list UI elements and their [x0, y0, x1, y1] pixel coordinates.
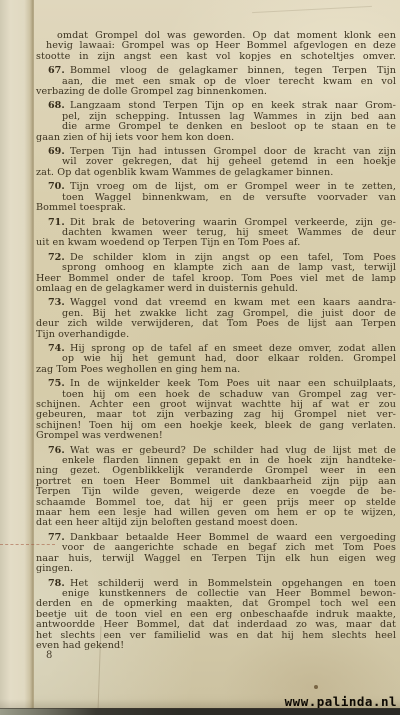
page-number: 8 [46, 650, 52, 661]
paragraph: 72.De schilder klom in zijn angst op een… [36, 253, 396, 295]
paragraph-line: antwoordde Heer Bommel, dat dat inderdaa… [36, 620, 396, 630]
paragraph-line: Tijn overhandigde. [36, 330, 396, 340]
paragraph: 70.Tijn vroeg om de lijst, om er Grompel… [36, 182, 396, 213]
book-page: omdat Grompel dol was geworden. Op dat m… [0, 0, 400, 715]
paragraph-number: 76. [48, 446, 65, 456]
paragraph: 68.Langzaam stond Terpen Tijn op en keek… [36, 101, 396, 143]
paragraph-line: uit en kwam woedend op Terpen Tijn en To… [36, 238, 396, 248]
paragraph-line: sprong omhoog en klampte zich aan de lam… [36, 263, 396, 273]
paragraph-line: even had gekend! [36, 641, 396, 651]
paragraph-line: gingen. [36, 564, 396, 574]
paragraph: 74.Hij sprong op de tafel af en smeet de… [36, 344, 396, 375]
paragraph-number: 70. [48, 182, 65, 192]
paragraph: 73.Waggel vond dat vreemd en kwam met ee… [36, 298, 396, 340]
paragraph-number: 72. [48, 253, 65, 263]
paragraph-continued: omdat Grompel dol was geworden. Op dat m… [36, 31, 396, 62]
paragraph-number: 69. [48, 147, 65, 157]
paragraph: 76.Wat was er gebeurd? De schilder had v… [36, 446, 396, 529]
paragraph-number: 67. [48, 66, 65, 76]
paragraph: 78.Het schilderij werd in Bommelstein op… [36, 579, 396, 652]
scan-bottom-edge [0, 708, 400, 715]
paragraph-line: gaan zien of hij iets voor hem kon doen. [36, 133, 396, 143]
watermark: www.palinda.nl [285, 694, 397, 709]
paragraph-number: 77. [48, 533, 65, 543]
paragraph-line: deur zich wilde verwijderen, dat Tom Poe… [36, 319, 396, 329]
paragraph: 69.Terpen Tijn had intussen Grompel door… [36, 147, 396, 178]
paragraph-line: zag Tom Poes weghollen en ging hem na. [36, 365, 396, 375]
paragraph: 75.In de wijnkelder keek Tom Poes uit na… [36, 379, 396, 441]
text-block: omdat Grompel dol was geworden. Op dat m… [0, 31, 400, 651]
paragraph-number: 75. [48, 379, 65, 389]
paragraph-number: 71. [48, 218, 65, 228]
paragraph-number: 74. [48, 344, 65, 354]
paragraph-line: stootte in zijn angst een kast vol kopje… [36, 52, 396, 62]
crease-line [252, 6, 372, 13]
paragraph-number: 73. [48, 298, 65, 308]
paragraph-line: verbazing de dolle Grompel zag binnenkom… [36, 87, 396, 97]
paragraph-line: Bommel toesprak. [36, 203, 396, 213]
paragraph-line: dat een heer altijd zijn beloften gestan… [36, 518, 396, 528]
paragraph-line: naar huis, terwijl Waggel en Terpen Tijn… [36, 554, 396, 564]
paragraph-number: 78. [48, 579, 65, 589]
paper-speck [314, 685, 318, 689]
paragraph-line: Grompel was verdwenen! [36, 431, 396, 441]
paragraph-line: omlaag en de gelagkamer werd in duistern… [36, 284, 396, 294]
paragraph: 77.Dankbaar betaalde Heer Bommel de waar… [36, 533, 396, 575]
paragraph-number: 68. [48, 101, 65, 111]
paragraph-line: zat. Op dat ogenblik kwam Wammes de gela… [36, 168, 396, 178]
paragraph: 71.Dit brak de betovering waarin Grompel… [36, 218, 396, 249]
paragraph: 67.Bommel vloog de gelagkamer binnen, te… [36, 66, 396, 97]
